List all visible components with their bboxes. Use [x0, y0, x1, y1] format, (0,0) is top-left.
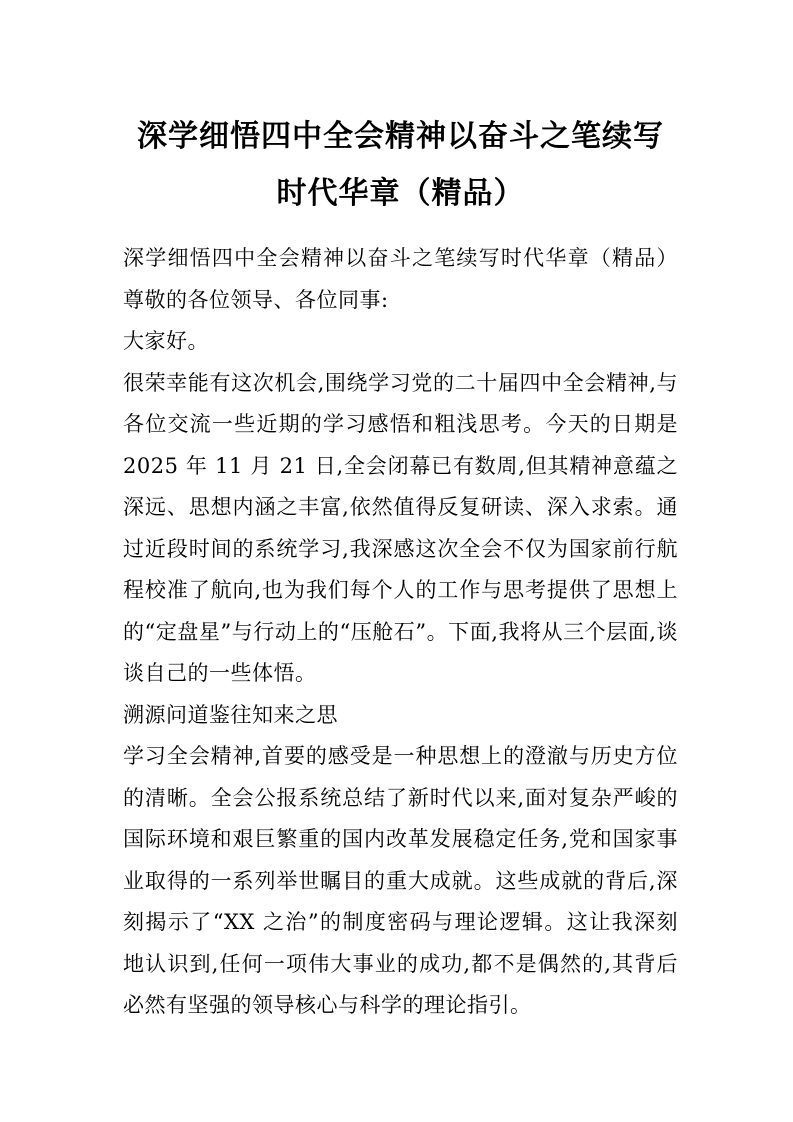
- paragraph: 深学细悟四中全会精神以奋斗之笔续写时代华章（精品）尊敬的各位领导、各位同事:: [123, 238, 678, 321]
- paragraph: 大家好。: [123, 321, 678, 363]
- paragraph: 溯源问道鉴往知来之思: [123, 695, 678, 737]
- document-body: 深学细悟四中全会精神以奋斗之笔续写时代华章（精品）尊敬的各位领导、各位同事: 大…: [123, 238, 678, 1027]
- paragraph: 很荣幸能有这次机会,围绕学习党的二十届四中全会精神,与各位交流一些近期的学习感悟…: [123, 363, 678, 695]
- document-title: 深学细悟四中全会精神以奋斗之笔续写时代华章（精品）: [123, 108, 678, 222]
- document-page: 深学细悟四中全会精神以奋斗之笔续写时代华章（精品） 深学细悟四中全会精神以奋斗之…: [0, 0, 793, 1122]
- paragraph: 学习全会精神,首要的感受是一种思想上的澄澈与历史方位的清晰。全会公报系统总结了新…: [123, 736, 678, 1027]
